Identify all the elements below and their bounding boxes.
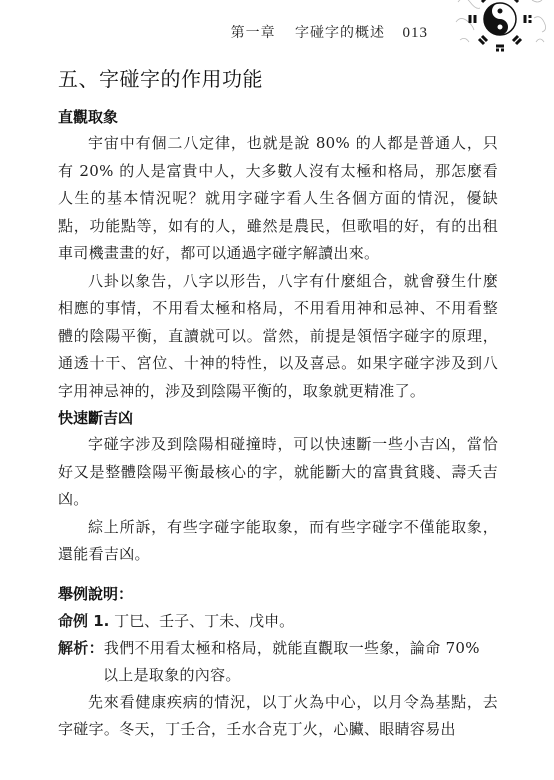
paragraph: 綜上所訴，有些字碰字能取象，而有些字碰字不僅能取象，還能看吉凶。 <box>58 514 498 569</box>
paragraph: 八卦以象告，八字以形告，八字有什麼組合，就會發生什麼相應的事情，不用看太極和格局… <box>58 268 498 406</box>
case-label: 命例 1. <box>58 612 109 630</box>
page-content: 五、字碰字的作用功能 直觀取象 宇宙中有個二八定律，也就是說 80% 的人都是普… <box>58 60 498 744</box>
subheading-intuitive-imagery: 直觀取象 <box>58 104 498 130</box>
page-number: 013 <box>403 25 429 41</box>
analysis-text: 我們不用看太極和格局，就能直觀取一些象，論命 70% 以上是取象的內容。 <box>103 639 480 684</box>
case-text: 丁巳、壬子、丁未、戊申。 <box>114 612 294 630</box>
subheading-quick-fortune: 快速斷吉凶 <box>58 405 498 431</box>
chapter-number: 第一章 <box>231 25 276 41</box>
yin-yang-bagua-icon <box>450 0 550 54</box>
paragraph: 先來看健康疾病的情況，以丁火為中心，以月令為基點，去字碰字。冬天，丁壬合，壬水合… <box>58 689 498 744</box>
example-heading: 舉例說明： <box>58 581 498 608</box>
spacer <box>58 569 498 581</box>
example-analysis: 解析：我們不用看太極和格局，就能直觀取一些象，論命 70% 以上是取象的內容。 <box>58 635 498 689</box>
paragraph: 字碰字涉及到陰陽相碰撞時，可以快速斷一些小吉凶，當恰好又是整體陰陽平衡最核心的字… <box>58 431 498 514</box>
analysis-label: 解析： <box>58 639 104 657</box>
section-title: 五、字碰字的作用功能 <box>58 64 498 94</box>
chapter-title: 字碰字的概述 <box>295 25 385 41</box>
running-header: 第一章 字碰字的概述 013 <box>231 22 428 42</box>
example-case: 命例 1. 丁巳、壬子、丁未、戊申。 <box>58 608 498 635</box>
paragraph: 宇宙中有個二八定律，也就是說 80% 的人都是普通人，只有 20% 的人是富貴中… <box>58 130 498 268</box>
